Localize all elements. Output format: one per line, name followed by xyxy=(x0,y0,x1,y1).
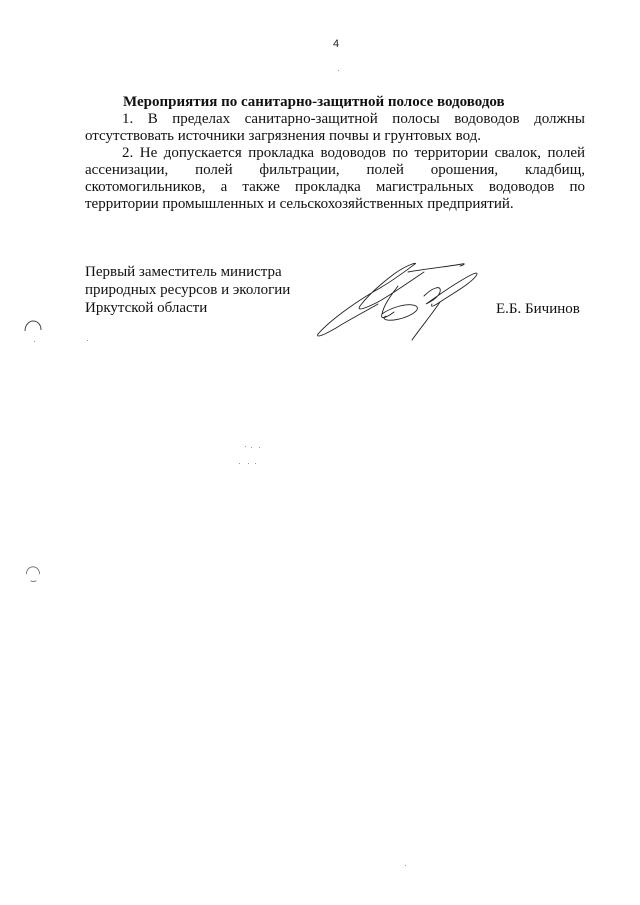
signer-title-line-3: Иркутской области xyxy=(85,299,290,317)
item-2-line-2: ассенизации, полей фильтрации, полей оро… xyxy=(85,162,585,179)
signer-title-line-2: природных ресурсов и экологии xyxy=(85,281,290,299)
scan-speck xyxy=(239,463,240,464)
scan-speck xyxy=(245,446,246,447)
scan-speck xyxy=(87,340,88,341)
scan-speck xyxy=(255,463,256,464)
item-2-line-3: скотомогильников, а также прокладка маги… xyxy=(85,179,585,196)
scan-speck xyxy=(405,865,406,866)
signer-title: Первый заместитель министра природных ре… xyxy=(85,263,290,317)
list-item-2: 2. Не допускается прокладка водоводов по… xyxy=(85,145,585,213)
section-heading: Мероприятия по санитарно-защитной полосе… xyxy=(85,94,585,111)
scan-speck xyxy=(34,341,35,342)
handwritten-signature-icon xyxy=(312,258,492,343)
item-1-line-2: отсутствовать источники загрязнения почв… xyxy=(85,128,585,145)
scan-speck xyxy=(338,70,339,71)
item-2-line-4: территории промышленных и сельскохозяйст… xyxy=(85,196,585,213)
section-body: Мероприятия по санитарно-защитной полосе… xyxy=(85,94,585,213)
scan-speck xyxy=(248,463,249,464)
binder-hole-mark-icon xyxy=(24,566,42,584)
scan-speck xyxy=(259,447,260,448)
list-item-1: 1. В пределах санитарно-защитной полосы … xyxy=(85,111,585,145)
binder-hole-mark-icon xyxy=(24,320,42,338)
page-number: 4 xyxy=(0,38,640,50)
item-2-line-1: 2. Не допускается прокладка водоводов по… xyxy=(85,145,585,162)
scan-speck xyxy=(251,447,252,448)
item-1-line-1: 1. В пределах санитарно-защитной полосы … xyxy=(85,111,585,128)
signer-name: Е.Б. Бичинов xyxy=(496,301,580,318)
signer-title-line-1: Первый заместитель министра xyxy=(85,263,290,281)
